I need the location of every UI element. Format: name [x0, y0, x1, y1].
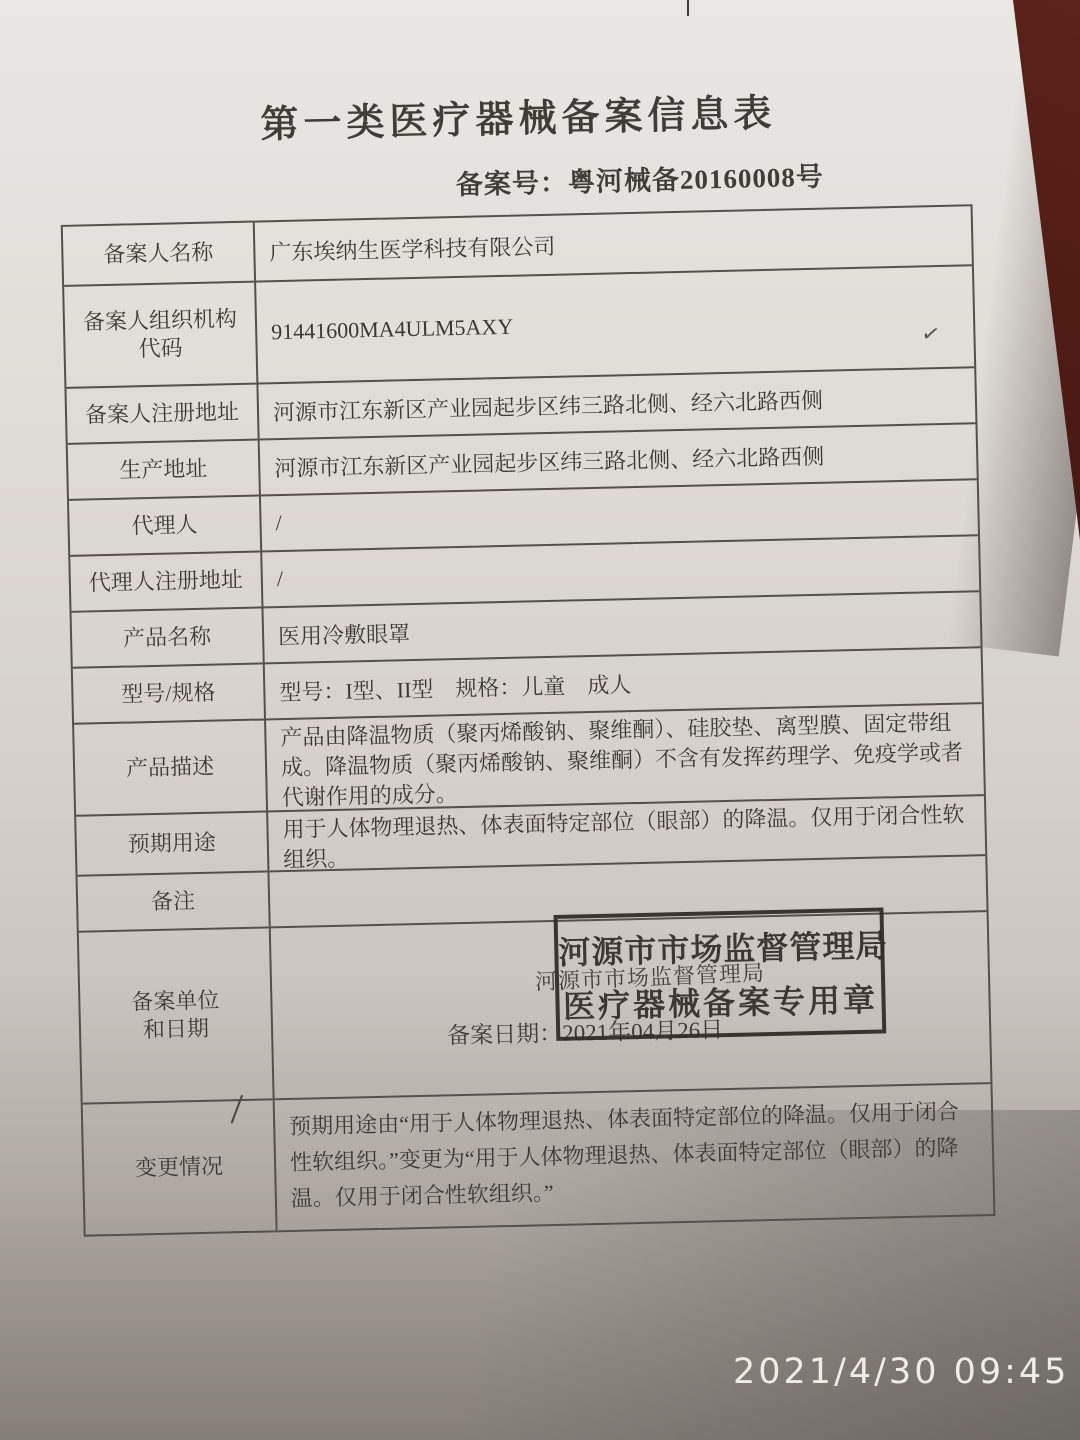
row-label: 产品描述	[74, 720, 268, 814]
filing-number-label: 备案号：	[456, 167, 569, 200]
filing-unit-cell: 河源市市场监督管理局 备案日期：2021年04月26日 河源市市场监督管理局 医…	[271, 912, 991, 1098]
row-label: 备案人组织机构 代码	[64, 283, 258, 387]
table-row-change-details: 变更情况 预期用途由“用于人体物理退热、体表面特定部位的降温。仅用于闭合性软组织…	[83, 1084, 994, 1235]
row-label: 代理人注册地址	[70, 552, 263, 610]
stamp-agency-line: 河源市市场监督管理局	[558, 920, 881, 973]
official-stamp: 河源市市场监督管理局 医疗器械备案专用章	[554, 907, 887, 1040]
filing-number-line: 备案号：粤河械备20160008号	[455, 155, 824, 202]
row-value: 91441600MA4ULM5AXY	[256, 266, 974, 382]
stamp-purpose-line: 医疗器械备案专用章	[559, 975, 882, 1028]
row-label: 预期用途	[76, 812, 269, 874]
filing-number-value: 粤河械备20160008号	[568, 162, 825, 198]
row-label: 代理人	[69, 496, 262, 554]
camera-timestamp: 2021/4/30 09:45	[733, 1352, 1069, 1392]
document-title: 第一类医疗器械备案信息表	[208, 81, 829, 150]
row-label: 备案单位 和日期	[79, 928, 275, 1102]
row-label: 型号/规格	[73, 664, 266, 722]
document-body: 第一类医疗器械备案信息表 备案号：粤河械备20160008号 备案人名称 广东埃…	[57, 39, 996, 1259]
row-label: 变更情况	[83, 1100, 278, 1234]
row-label: 生产地址	[68, 440, 261, 498]
filing-info-table: 备案人名称 广东埃纳生医学科技有限公司 备案人组织机构 代码 91441600M…	[61, 204, 996, 1236]
row-value: 产品由降温物质（聚丙烯酸钠、聚维酮）、硅胶垫、离型膜、固定带组成。降温物质（聚丙…	[266, 704, 984, 810]
table-row-filing-unit-date: 备案单位 和日期 河源市市场监督管理局 备案日期：2021年04月26日 河源市…	[79, 912, 991, 1105]
row-label: 备注	[78, 872, 271, 930]
row-label: 备案人注册地址	[66, 385, 259, 443]
row-label: 备案人名称	[63, 223, 256, 285]
row-label: 产品名称	[72, 608, 265, 666]
scan-artifact-line	[687, 0, 689, 16]
row-value: 预期用途由“用于人体物理退热、体表面特定部位的降温。仅用于闭合性软组织。”变更为…	[275, 1084, 994, 1230]
paper-sheet: 第一类医疗器械备案信息表 备案号：粤河械备20160008号 备案人名称 广东埃…	[0, 0, 1080, 1440]
